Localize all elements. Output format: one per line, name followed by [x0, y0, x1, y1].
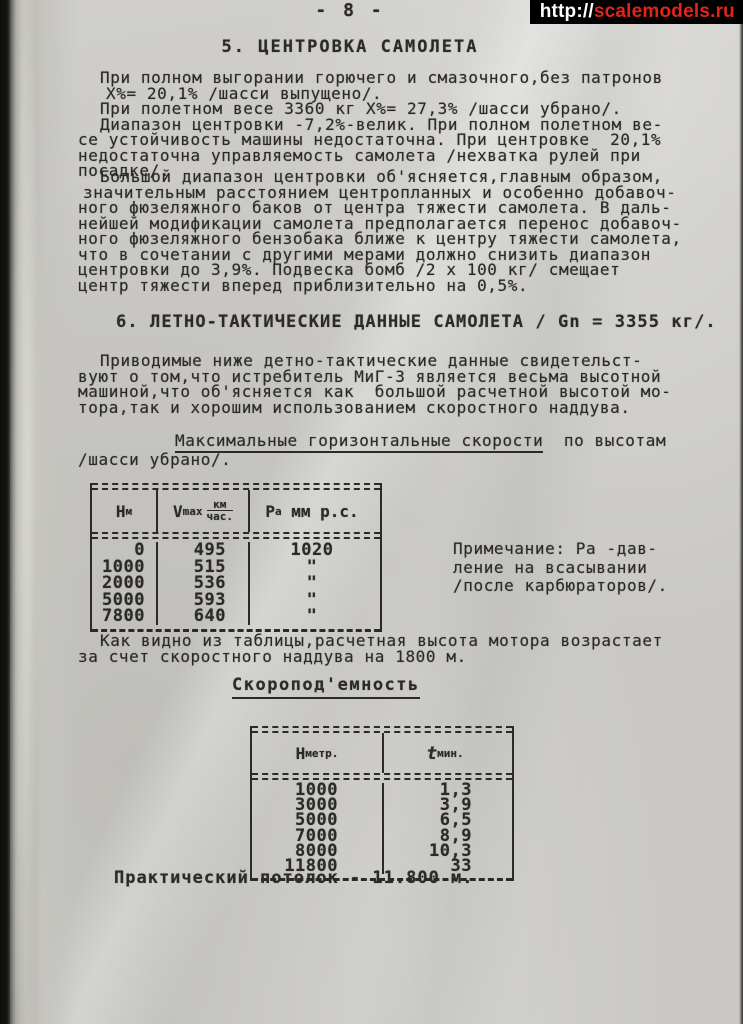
speeds-subheading: Максимальные горизонтальные скорости по …: [78, 433, 666, 467]
climb-rate-table: Нметр. tмин. 1000 3000 5000 7000 8000 11…: [250, 726, 514, 881]
header-text: Н: [116, 502, 126, 521]
page-number: - 8 -: [60, 0, 640, 21]
section5-paragraph2: Большой диапазон центровки об'ясняется,г…: [78, 169, 682, 293]
climb-heading: Скоропод'емность: [232, 675, 420, 699]
header-text: Р: [265, 502, 275, 521]
header-text: мм р.с.: [282, 502, 359, 521]
header-subscript: а: [275, 505, 282, 518]
table-cell: 7800: [92, 608, 156, 625]
header-cell-pressure: Ра мм р.с.: [250, 490, 374, 532]
table-cell: ": [250, 608, 374, 625]
speeds-heading-rest: по высотам: [543, 431, 666, 450]
section6-heading: 6. ЛЕТНО-ТАКТИЧЕСКИЕ ДАННЫЕ САМОЛЕТА / G…: [116, 312, 717, 332]
section6-paragraph: Приводимые ниже детно-тактические данные…: [78, 353, 672, 415]
torn-left-edge: [0, 0, 78, 1024]
climb-table-body: 1000 3000 5000 7000 8000 11800 1,3 3,9 6…: [252, 780, 512, 878]
note-block: Примечание: Ра -дав- ление на всасывании…: [453, 540, 733, 596]
header-text: Н: [296, 744, 306, 763]
table-border-top: [92, 483, 380, 490]
ceiling-line: Практический потолок - 11.800 м.: [114, 868, 474, 888]
text-line: тора,так и хорошим использованием скорос…: [78, 400, 672, 416]
time-column: 1,3 3,9 6,5 8,9 10,3 33: [384, 783, 506, 874]
max-speed-table-body: 0 1000 2000 5000 7800 495 515 536 593 64…: [92, 539, 380, 629]
note-line: Примечание: Ра -дав-: [453, 540, 733, 559]
table-cell: 10,3: [384, 844, 506, 859]
note-line: /после карбюраторов/.: [453, 577, 733, 596]
climb-table-header: Нметр. tмин.: [252, 733, 512, 773]
header-subscript: max: [183, 505, 203, 518]
header-cell-vmax: Vmaxкмчас.: [158, 490, 250, 532]
kmh-fraction: кмчас.: [207, 500, 234, 522]
header-subscript: метр.: [305, 747, 338, 760]
speeds-heading-line2: /шасси убрано/.: [78, 452, 666, 468]
pressure-column: 1020 " " " ": [250, 542, 374, 625]
section5-heading: 5. ЦЕНТРОВКА САМОЛЕТА: [60, 37, 640, 57]
header-cell-altitude: Нметр.: [252, 733, 384, 773]
header-text: V: [173, 502, 183, 521]
scanned-document-page: http://scalemodels.ru - 8 - 5. ЦЕНТРОВКА…: [0, 0, 743, 1024]
note-line: ление на всасывании: [453, 559, 733, 578]
header-text: t: [426, 743, 437, 764]
table-header-separator: [252, 773, 512, 780]
header-subscript: м: [126, 505, 133, 518]
speeds-heading-line1: Максимальные горизонтальные скорости по …: [78, 433, 666, 449]
text-line: центр тяжести вперед приблизительно на 0…: [78, 278, 682, 294]
altitude-column: 0 1000 2000 5000 7800: [92, 542, 158, 625]
text-line: за счет скоростного наддува на 1800 м.: [78, 649, 663, 665]
right-page-edge: [739, 0, 743, 1024]
speed-column: 495 515 536 593 640: [158, 542, 250, 625]
header-cell-altitude: Нм: [92, 490, 158, 532]
altitude-column: 1000 3000 5000 7000 8000 11800: [252, 783, 384, 874]
table-conclusion: Как видно из таблицы,расчетная высота мо…: [78, 633, 663, 664]
max-speed-table-header: Нм Vmaxкмчас. Ра мм р.с.: [92, 490, 380, 532]
table-cell: 640: [158, 608, 248, 625]
table-border-top: [252, 726, 512, 733]
section5-paragraph1: При полном выгорании горючего и смазочно…: [78, 70, 663, 179]
header-cell-time: tмин.: [384, 733, 506, 773]
table-header-separator: [92, 532, 380, 539]
header-subscript: мин.: [437, 747, 464, 760]
max-speed-table: Нм Vmaxкмчас. Ра мм р.с. 0 1000 2000 500…: [90, 483, 382, 632]
